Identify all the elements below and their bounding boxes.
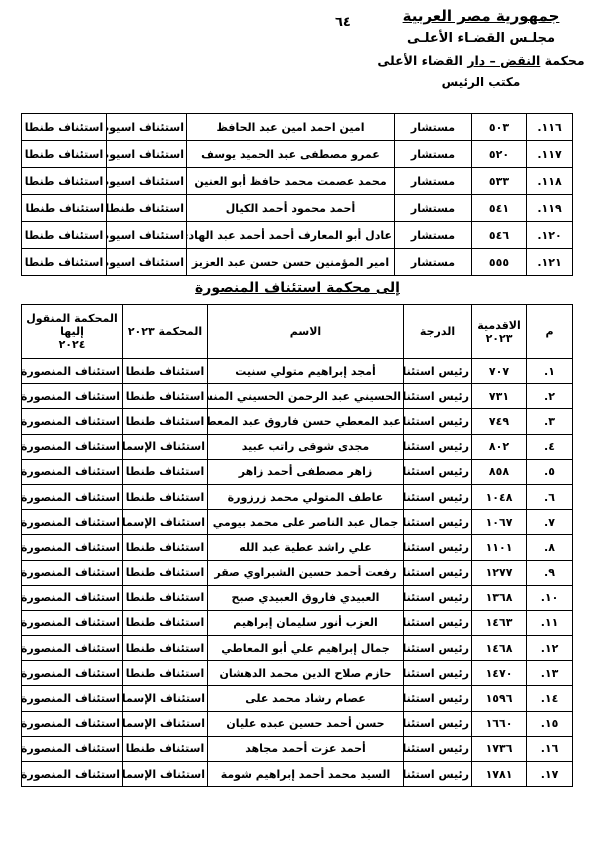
seniority-cell: ٥٤١: [472, 195, 527, 222]
judge-name-cell: العزب أنور سليمان إبراهيم: [208, 610, 404, 635]
letterhead-court-post: القضاء الأعلى: [377, 53, 467, 68]
seniority-cell: ٥٣٣: [472, 168, 527, 195]
court-2023-cell: استئناف طنطا: [123, 610, 208, 635]
grade-cell: رئيس استئناف: [404, 636, 472, 661]
judge-name-cell: علي راشد عطية عبد الله: [208, 535, 404, 560]
grade-cell: مستشار: [395, 114, 472, 141]
serial-cell: ١٦.: [527, 736, 573, 761]
header-grade: الدرجة: [404, 305, 472, 359]
court-2023-cell: استئناف طنطا: [107, 195, 187, 222]
serial-cell: ١٤.: [527, 686, 573, 711]
court-2023-cell: استئناف اسيوط: [107, 249, 187, 276]
grade-cell: مستشار: [395, 195, 472, 222]
court-2023-cell: استئناف طنطا: [123, 535, 208, 560]
judge-name-cell: عبد المعطي حسن فاروق عبد المعطي حسن: [208, 409, 404, 434]
grade-cell: رئيس استئناف: [404, 686, 472, 711]
serial-cell: ٤.: [527, 434, 573, 459]
serial-cell: ٢.: [527, 384, 573, 409]
court-2023-cell: استئناف طنطا: [123, 560, 208, 585]
serial-cell: ١٢.: [527, 636, 573, 661]
section-title: إلى محكمة استئناف المنصورة: [0, 280, 595, 296]
court-2024-cell: استئناف طنطا منتدب: [22, 195, 107, 222]
grade-cell: رئيس استئناف: [404, 409, 472, 434]
grade-cell: مستشار: [395, 168, 472, 195]
judge-name-cell: رفعت أحمد حسين الشبراوي صقر: [208, 560, 404, 585]
judge-name-cell: عصام رشاد محمد على: [208, 686, 404, 711]
court-2024-cell: استئناف طنطا: [22, 249, 107, 276]
grade-cell: رئيس استئناف: [404, 510, 472, 535]
seniority-cell: ١٠٦٧: [472, 510, 527, 535]
table-row: ٩. ١٢٧٧ رئيس استئناف رفعت أحمد حسين الشب…: [22, 560, 573, 585]
judge-name-cell: امير المؤمنين حسن حسن عبد العزيز: [187, 249, 395, 276]
serial-cell: ١١٩.: [527, 195, 573, 222]
table-row: ١١٦. ٥٠٣ مستشار امين احمد امين عبد الحاف…: [22, 114, 573, 141]
court-2023-cell: استئناف طنطا: [123, 384, 208, 409]
court-2024-cell: استئناف المنصورة: [22, 686, 123, 711]
judge-name-cell: عاطف المتولي محمد زرزورة: [208, 484, 404, 509]
table-row: ١١٧. ٥٢٠ مستشار عمرو مصطفى عبد الحميد يو…: [22, 141, 573, 168]
judge-name-cell: زاهر مصطفى أحمد زاهر: [208, 459, 404, 484]
letterhead: جمهورية مصر العربية مجلـس القضـاء الأعلـ…: [375, 8, 587, 89]
table-row: ١٣. ١٤٧٠ رئيس استئناف حازم صلاح الدين مح…: [22, 661, 573, 686]
seniority-cell: ١٤٦٨: [472, 636, 527, 661]
grade-cell: مستشار: [395, 249, 472, 276]
court-2023-cell: استئناف طنطا: [123, 736, 208, 761]
table-row: ٥. ٨٥٨ رئيس استئناف زاهر مصطفى أحمد زاهر…: [22, 459, 573, 484]
table-row: ٨. ١١٠١ رئيس استئناف علي راشد عطية عبد ا…: [22, 535, 573, 560]
grade-cell: رئيس استئناف: [404, 610, 472, 635]
serial-cell: ١.: [527, 359, 573, 384]
grade-cell: رئيس استئناف: [404, 434, 472, 459]
judge-name-cell: حسن أحمد حسين عبده عليان: [208, 711, 404, 736]
court-2023-cell: استئناف الإسماعيلية: [123, 434, 208, 459]
seniority-cell: ١٦٦٠: [472, 711, 527, 736]
seniority-cell: ١٥٩٦: [472, 686, 527, 711]
court-2023-cell: استئناف اسيوط: [107, 222, 187, 249]
table-row: ١. ٧٠٧ رئيس استئناف أمجد إبراهيم متولي س…: [22, 359, 573, 384]
grade-cell: رئيس استئناف: [404, 484, 472, 509]
table-row: ٤. ٨٠٢ رئيس استئناف مجدى شوقى راتب عبيد …: [22, 434, 573, 459]
serial-cell: ٣.: [527, 409, 573, 434]
table-row: ٦. ١٠٤٨ رئيس استئناف عاطف المتولي محمد ز…: [22, 484, 573, 509]
header-name: الاسم: [208, 305, 404, 359]
table-row: ٣. ٧٤٩ رئيس استئناف عبد المعطي حسن فاروق…: [22, 409, 573, 434]
seniority-cell: ١٢٧٧: [472, 560, 527, 585]
transfer-table-mansoura-header: م الاقدمية ٢٠٢٣ الدرجة الاسم المحكمة ٢٠٢…: [22, 305, 573, 359]
judge-name-cell: عادل أبو المعارف أحمد أحمد عبد الهادى: [187, 222, 395, 249]
court-2024-cell: استئناف المنصورة: [22, 484, 123, 509]
judge-name-cell: محمد عصمت محمد حافظ أبو العنين: [187, 168, 395, 195]
letterhead-court-pre: محكمة: [540, 53, 584, 68]
serial-cell: ٨.: [527, 535, 573, 560]
letterhead-office: مكتب الرئيس: [375, 76, 587, 90]
judge-name-cell: العبيدي فاروق العبيدي صبح: [208, 585, 404, 610]
header-serial: م: [527, 305, 573, 359]
court-2023-cell: استئناف طنطا: [123, 409, 208, 434]
serial-cell: ١٠.: [527, 585, 573, 610]
seniority-cell: ١٧٨١: [472, 762, 527, 787]
grade-cell: رئيس استئناف: [404, 585, 472, 610]
grade-cell: رئيس استئناف: [404, 384, 472, 409]
court-2023-cell: استئناف طنطا: [123, 359, 208, 384]
court-2024-cell: استئناف طنطا: [22, 168, 107, 195]
judge-name-cell: أحمد محمود أحمد الكيال: [187, 195, 395, 222]
table-row: ١٦. ١٧٣٦ رئيس استئناف أحمد عزت أحمد مجاه…: [22, 736, 573, 761]
transfer-table-mansoura: م الاقدمية ٢٠٢٣ الدرجة الاسم المحكمة ٢٠٢…: [21, 304, 573, 787]
serial-cell: ٥.: [527, 459, 573, 484]
court-2024-cell: استئناف المنصورة: [22, 762, 123, 787]
seniority-cell: ٥٢٠: [472, 141, 527, 168]
judge-name-cell: جمال عبد الناصر على محمد بيومي: [208, 510, 404, 535]
serial-cell: ١١.: [527, 610, 573, 635]
court-2023-cell: استئناف طنطا: [123, 484, 208, 509]
serial-cell: ١١٦.: [527, 114, 573, 141]
grade-cell: رئيس استئناف: [404, 560, 472, 585]
grade-cell: رئيس استئناف: [404, 711, 472, 736]
court-2024-cell: استئناف طنطا: [22, 222, 107, 249]
grade-cell: رئيس استئناف: [404, 762, 472, 787]
seniority-cell: ٥٠٣: [472, 114, 527, 141]
table-row: ١٧. ١٧٨١ رئيس استئناف السيد محمد أحمد إب…: [22, 762, 573, 787]
transfer-table-mansoura-body: ١. ٧٠٧ رئيس استئناف أمجد إبراهيم متولي س…: [22, 359, 573, 787]
judge-name-cell: أحمد عزت أحمد مجاهد: [208, 736, 404, 761]
serial-cell: ١١٧.: [527, 141, 573, 168]
table-row: ١١. ١٤٦٣ رئيس استئناف العزب أنور سليمان …: [22, 610, 573, 635]
court-2023-cell: استئناف اسيوط: [107, 168, 187, 195]
serial-cell: ٦.: [527, 484, 573, 509]
seniority-cell: ١١٠١: [472, 535, 527, 560]
serial-cell: ١٢١.: [527, 249, 573, 276]
judge-name-cell: عمرو مصطفى عبد الحميد يوسف: [187, 141, 395, 168]
table-row: ٢. ٧٣١ رئيس استئناف الحسيني عبد الرحمن ا…: [22, 384, 573, 409]
grade-cell: رئيس استئناف: [404, 535, 472, 560]
court-2023-cell: استئناف اسيوط: [107, 141, 187, 168]
court-2023-cell: استئناف طنطا: [123, 585, 208, 610]
seniority-cell: ٧٠٧: [472, 359, 527, 384]
court-2024-cell: استئناف المنصورة: [22, 610, 123, 635]
seniority-cell: ٥٤٦: [472, 222, 527, 249]
seniority-cell: ١٣٦٨: [472, 585, 527, 610]
court-2023-cell: استئناف طنطا: [123, 636, 208, 661]
court-2023-cell: استئناف طنطا: [123, 459, 208, 484]
court-2023-cell: استئناف الإسماعيلية: [123, 686, 208, 711]
seniority-cell: ١٤٦٣: [472, 610, 527, 635]
serial-cell: ٧.: [527, 510, 573, 535]
court-2024-cell: استئناف المنصورة: [22, 636, 123, 661]
judge-name-cell: السيد محمد أحمد إبراهيم شومة: [208, 762, 404, 787]
seniority-cell: ١٧٣٦: [472, 736, 527, 761]
page-number: ٦٤: [335, 15, 351, 30]
table-row: ١٥. ١٦٦٠ رئيس استئناف حسن أحمد حسين عبده…: [22, 711, 573, 736]
letterhead-court-underlined: النقض – دار: [467, 53, 540, 68]
court-2024-cell: استئناف المنصورة: [22, 535, 123, 560]
court-2024-cell: استئناف المنصورة: [22, 434, 123, 459]
grade-cell: رئيس استئناف: [404, 736, 472, 761]
transfer-table-top: ١١٦. ٥٠٣ مستشار امين احمد امين عبد الحاف…: [21, 113, 573, 276]
grade-cell: مستشار: [395, 222, 472, 249]
grade-cell: رئيس استئناف: [404, 459, 472, 484]
court-2023-cell: استئناف الإسماعيلية: [123, 711, 208, 736]
header-court-2024: المحكمة المنقول إليها ٢٠٢٤: [22, 305, 123, 359]
table-row: ١٢١. ٥٥٥ مستشار امير المؤمنين حسن حسن عب…: [22, 249, 573, 276]
table-row: ١١٩. ٥٤١ مستشار أحمد محمود أحمد الكيال ا…: [22, 195, 573, 222]
serial-cell: ١٥.: [527, 711, 573, 736]
letterhead-council: مجلـس القضـاء الأعلـى: [375, 32, 587, 47]
court-2024-cell: استئناف المنصورة: [22, 736, 123, 761]
court-2024-cell: استئناف المنصورة: [22, 661, 123, 686]
court-2024-cell: استئناف المنصورة: [22, 510, 123, 535]
table-row: ١٠. ١٣٦٨ رئيس استئناف العبيدي فاروق العب…: [22, 585, 573, 610]
header-row: م الاقدمية ٢٠٢٣ الدرجة الاسم المحكمة ٢٠٢…: [22, 305, 573, 359]
judge-name-cell: مجدى شوقى راتب عبيد: [208, 434, 404, 459]
table-row: ٧. ١٠٦٧ رئيس استئناف جمال عبد الناصر على…: [22, 510, 573, 535]
serial-cell: ٩.: [527, 560, 573, 585]
judge-name-cell: امين احمد امين عبد الحافظ: [187, 114, 395, 141]
table-row: ١١٨. ٥٣٣ مستشار محمد عصمت محمد حافظ أبو …: [22, 168, 573, 195]
grade-cell: مستشار: [395, 141, 472, 168]
header-seniority: الاقدمية ٢٠٢٣: [472, 305, 527, 359]
table-row: ١٤. ١٥٩٦ رئيس استئناف عصام رشاد محمد على…: [22, 686, 573, 711]
seniority-cell: ٧٣١: [472, 384, 527, 409]
header-court-2023: المحكمة ٢٠٢٣: [123, 305, 208, 359]
seniority-cell: ١٠٤٨: [472, 484, 527, 509]
grade-cell: رئيس استئناف: [404, 661, 472, 686]
judge-name-cell: الحسيني عبد الرحمن الحسيني المنسي: [208, 384, 404, 409]
court-2024-cell: استئناف المنصورة: [22, 560, 123, 585]
serial-cell: ١١٨.: [527, 168, 573, 195]
court-2024-cell: استئناف طنطا: [22, 141, 107, 168]
serial-cell: ١٧.: [527, 762, 573, 787]
grade-cell: رئيس استئناف: [404, 359, 472, 384]
judge-name-cell: جمال إبراهيم علي أبو المعاطي: [208, 636, 404, 661]
court-2024-cell: استئناف المنصورة: [22, 711, 123, 736]
court-2024-cell: استئناف طنطا: [22, 114, 107, 141]
court-2023-cell: استئناف الإسماعيلية: [123, 762, 208, 787]
court-2024-cell: استئناف المنصورة: [22, 359, 123, 384]
document-page: ٦٤ جمهورية مصر العربية مجلـس القضـاء الأ…: [0, 0, 595, 842]
table-row: ١٢. ١٤٦٨ رئيس استئناف جمال إبراهيم علي أ…: [22, 636, 573, 661]
court-2023-cell: استئناف اسيوط: [107, 114, 187, 141]
court-2024-cell: استئناف المنصورة: [22, 459, 123, 484]
court-2024-cell: استئناف المنصورة: [22, 384, 123, 409]
serial-cell: ١٢٠.: [527, 222, 573, 249]
seniority-cell: ١٤٧٠: [472, 661, 527, 686]
seniority-cell: ٨٥٨: [472, 459, 527, 484]
seniority-cell: ٥٥٥: [472, 249, 527, 276]
court-2023-cell: استئناف طنطا: [123, 661, 208, 686]
letterhead-country: جمهورية مصر العربية: [375, 8, 587, 25]
letterhead-court: محكمة النقض – دار القضاء الأعلى: [375, 54, 587, 68]
serial-cell: ١٣.: [527, 661, 573, 686]
court-2023-cell: استئناف الإسماعيلية: [123, 510, 208, 535]
judge-name-cell: حازم صلاح الدين محمد الدهشان: [208, 661, 404, 686]
judge-name-cell: أمجد إبراهيم متولي سنيت: [208, 359, 404, 384]
seniority-cell: ٧٤٩: [472, 409, 527, 434]
court-2024-cell: استئناف المنصورة: [22, 409, 123, 434]
table-row: ١٢٠. ٥٤٦ مستشار عادل أبو المعارف أحمد أح…: [22, 222, 573, 249]
transfer-table-top-body: ١١٦. ٥٠٣ مستشار امين احمد امين عبد الحاف…: [22, 114, 573, 276]
seniority-cell: ٨٠٢: [472, 434, 527, 459]
court-2024-cell: استئناف المنصورة: [22, 585, 123, 610]
